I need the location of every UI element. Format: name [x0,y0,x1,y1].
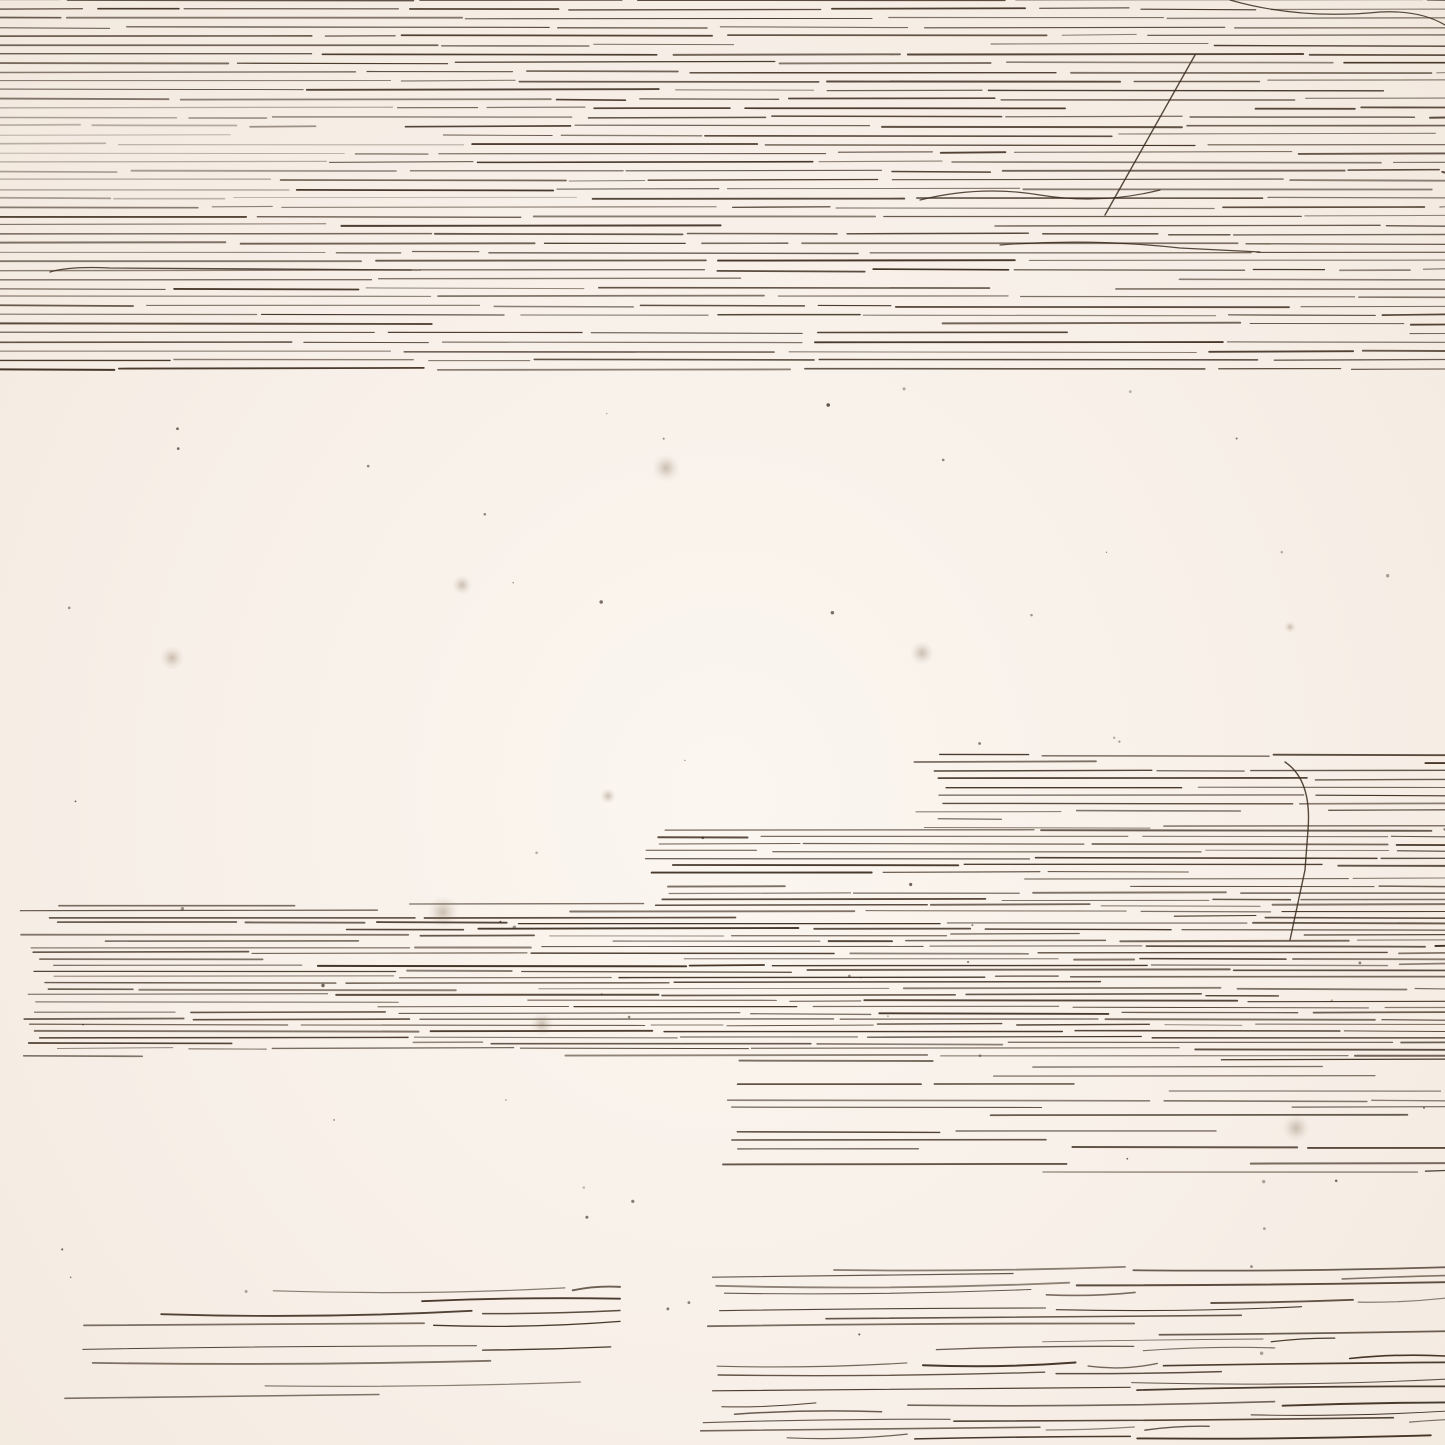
hatch-band-cloud-right-upper [914,754,1445,828]
foxing-spot [1282,1114,1310,1142]
hatching-layer [0,0,1445,1445]
hatch-band-water-right [701,1267,1445,1439]
foxing-spot [1284,621,1296,633]
hatch-band-cloud-mid [646,829,1445,900]
foxing-spot [652,454,680,482]
hatch-band-cloud-wide [20,904,1445,1057]
hatch-band-sky-top [0,0,1445,370]
foxing-spot [452,575,472,595]
hatch-band-water-left [65,1287,620,1399]
foxing-spot [427,896,459,928]
foxing-spot [910,641,934,665]
hatch-band-cloud-lower-right [723,1059,1445,1172]
foxing-spot [530,1012,554,1036]
foxing-spot [600,788,616,804]
ink-specks [61,387,1425,1355]
accent-strokes [50,0,1445,940]
foxing-spot [160,646,184,670]
etching-artwork [0,0,1445,1445]
